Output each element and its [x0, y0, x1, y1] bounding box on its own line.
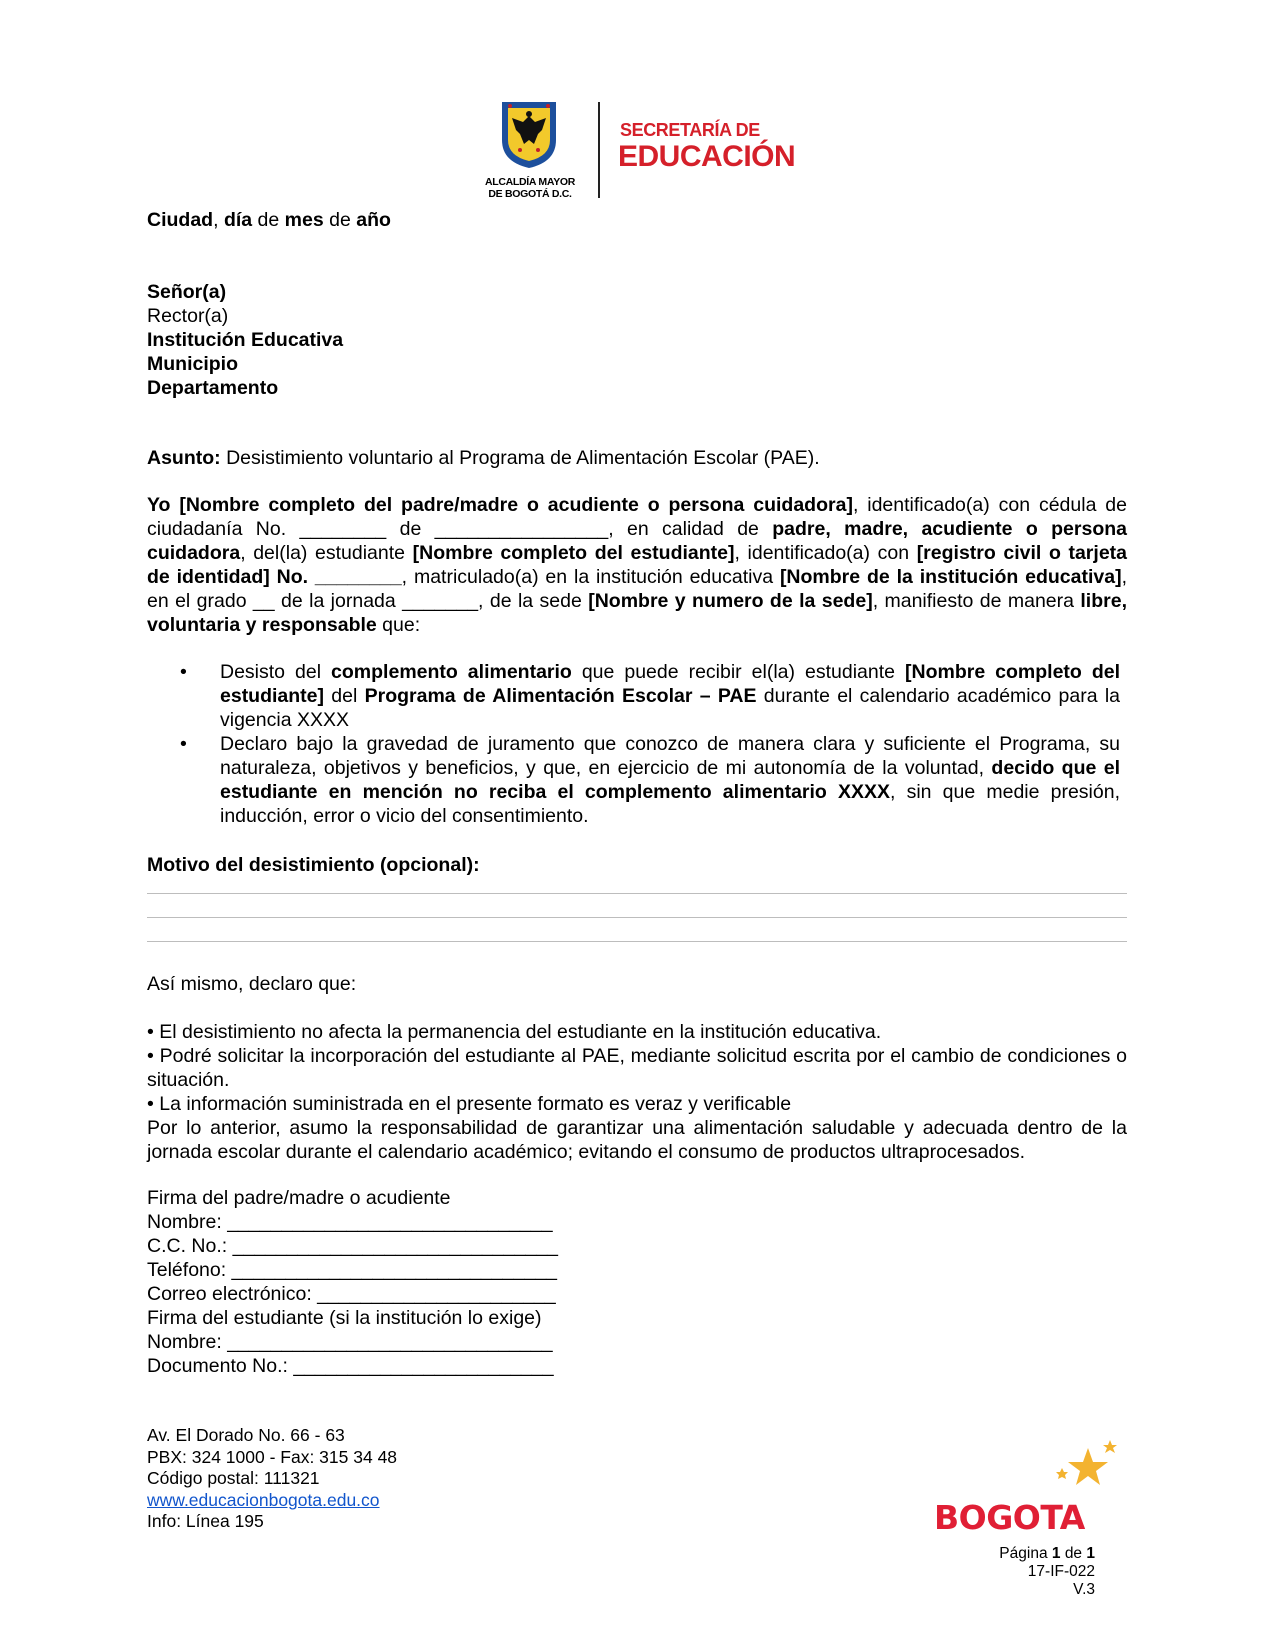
- date-de: de: [324, 209, 357, 231]
- student-signature-title: Firma del estudiante (si la institución …: [147, 1306, 558, 1330]
- document-code: 17-IF-022: [999, 1563, 1095, 1581]
- educacion-label: EDUCACIÓN: [618, 140, 795, 174]
- commitment-bullet: •Declaro bajo la gravedad de juramento q…: [220, 732, 1120, 828]
- date-dia: día: [224, 209, 252, 231]
- declaration-item: • El desistimiento no afecta la permanen…: [147, 1020, 1127, 1044]
- bullet-icon: •: [180, 660, 187, 684]
- document-version: V.3: [999, 1581, 1095, 1599]
- bogota-logo: BOGOTA: [930, 1438, 1115, 1548]
- date-mes: mes: [285, 209, 324, 231]
- page-info: Página 1 de 1 17-IF-022 V.3: [999, 1545, 1095, 1599]
- recipient-block: Señor(a) Rector(a) Institución Educativa…: [147, 280, 343, 400]
- alcaldia-label: ALCALDÍA MAYOR DE BOGOTÁ D.C.: [480, 176, 580, 200]
- parent-cc-field[interactable]: C.C. No.: ______________________________: [147, 1234, 558, 1258]
- motivo-line-2[interactable]: [147, 917, 1127, 918]
- body-paragraph: Yo [Nombre completo del padre/madre o ac…: [147, 493, 1127, 637]
- motivo-label: Motivo del desistimiento (opcional):: [147, 853, 480, 877]
- parent-name-field[interactable]: Nombre: ______________________________: [147, 1210, 558, 1234]
- footer-website-link[interactable]: www.educacionbogota.edu.co: [147, 1490, 380, 1510]
- recipient-institution: Institución Educativa: [147, 329, 343, 351]
- recipient-departamento: Departamento: [147, 377, 278, 399]
- date-de: de: [252, 209, 285, 231]
- student-document-field[interactable]: Documento No.: ________________________: [147, 1354, 558, 1378]
- subject-line: Asunto: Desistimiento voluntario al Prog…: [147, 446, 820, 470]
- parent-signature-title: Firma del padre/madre o acudiente: [147, 1186, 558, 1210]
- date-anio: año: [356, 209, 391, 231]
- date-ciudad: Ciudad: [147, 209, 213, 231]
- bullet-icon: •: [180, 732, 187, 756]
- subject-text: Desistimiento voluntario al Programa de …: [221, 447, 820, 469]
- date-line: Ciudad, día de mes de año: [147, 208, 391, 232]
- footer-phone: PBX: 324 1000 - Fax: 315 34 48: [147, 1447, 397, 1469]
- alcaldia-line2: DE BOGOTÁ D.C.: [480, 188, 580, 200]
- alcaldia-line1: ALCALDÍA MAYOR: [480, 176, 580, 188]
- stars-icon: [1050, 1438, 1120, 1498]
- parent-email-field[interactable]: Correo electrónico: ____________________…: [147, 1282, 558, 1306]
- declaration-item: • La información suministrada en el pres…: [147, 1092, 1127, 1116]
- declaration-list: • El desistimiento no afecta la permanen…: [147, 1020, 1127, 1164]
- recipient-salutation: Señor(a): [147, 281, 226, 303]
- declaration-closing: Por lo anterior, asumo la responsabilida…: [147, 1116, 1127, 1164]
- footer-info: Info: Línea 195: [147, 1511, 397, 1533]
- logo-divider: [598, 102, 600, 198]
- commitment-bullet: •Desisto del complemento alimentario que…: [220, 660, 1120, 732]
- motivo-line-3[interactable]: [147, 941, 1127, 942]
- student-name-field[interactable]: Nombre: ______________________________: [147, 1330, 558, 1354]
- secretaria-label: SECRETARÍA DE: [620, 120, 760, 141]
- bogota-logo-text: BOGOTA: [934, 1498, 1085, 1537]
- declaration-intro: Así mismo, declaro que:: [147, 972, 356, 996]
- footer-postal: Código postal: 111321: [147, 1468, 397, 1490]
- date-sep: ,: [213, 209, 224, 231]
- motivo-line-1[interactable]: [147, 893, 1127, 894]
- signature-block: Firma del padre/madre o acudiente Nombre…: [147, 1186, 558, 1378]
- recipient-role: Rector(a): [147, 304, 343, 328]
- footer-contact: Av. El Dorado No. 66 - 63 PBX: 324 1000 …: [147, 1425, 397, 1533]
- parent-phone-field[interactable]: Teléfono: ______________________________: [147, 1258, 558, 1282]
- header-logos: ALCALDÍA MAYOR DE BOGOTÁ D.C. SECRETARÍA…: [490, 100, 790, 200]
- subject-label: Asunto:: [147, 447, 221, 469]
- bogota-coat-of-arms-icon: [498, 100, 560, 170]
- declaration-item: • Podré solicitar la incorporación del e…: [147, 1044, 1127, 1092]
- page-number: Página 1 de 1: [999, 1545, 1095, 1563]
- footer-address: Av. El Dorado No. 66 - 63: [147, 1425, 397, 1447]
- recipient-municipio: Municipio: [147, 353, 238, 375]
